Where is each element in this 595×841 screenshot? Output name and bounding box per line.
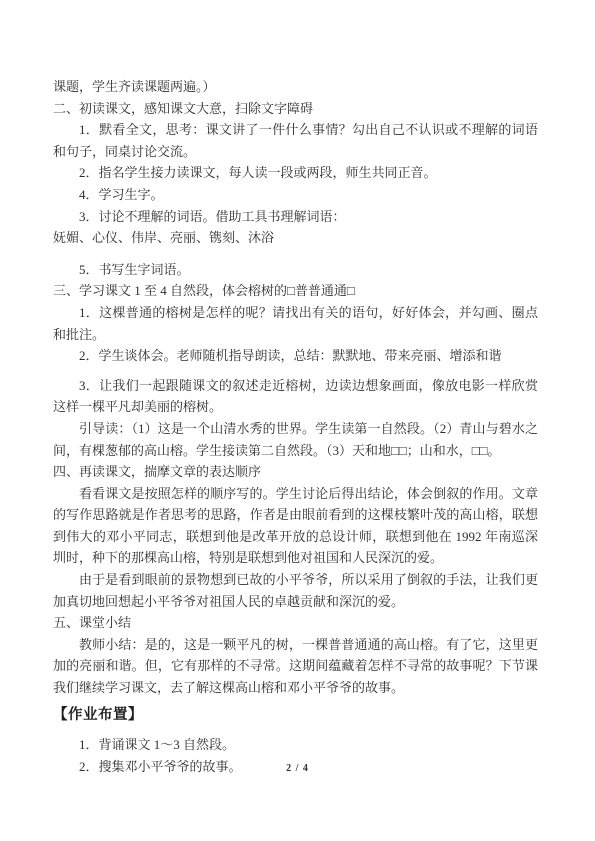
list-item: 1．默看全文，思考：课文讲了一件什么事情？勾出自己不认识或不理解的词语和句子，同… bbox=[53, 119, 538, 162]
section-heading-3: 三、学习课文 1 至 4 自然段，体会榕树的□普普通通□ bbox=[53, 280, 538, 302]
list-item: 1．背诵课文 1～3 自然段。 bbox=[53, 734, 538, 756]
section-heading-4: 四、再读课文，揣摩文章的表达顺序 bbox=[53, 461, 538, 483]
paragraph: 看看课文是按照怎样的顺序写的。学生讨论后得出结论，体会倒叙的作用。文章的写作思路… bbox=[53, 483, 538, 569]
list-item: 2．学生谈体会。老师随机指导朗读，总结：默默地、带来亮丽、增添和谐 bbox=[53, 345, 538, 367]
list-item: 5．书写生字词语。 bbox=[53, 259, 538, 281]
word-list: 妩媚、心仪、伟岸、亮丽、镌刻、沐浴 bbox=[53, 227, 538, 249]
page-number: 2 / 4 bbox=[0, 763, 595, 774]
section-heading-5: 五、课堂小结 bbox=[53, 612, 538, 634]
list-item: 2．指名学生接力读课文，每人读一段或两段，师生共同正音。 bbox=[53, 162, 538, 184]
paragraph: 引导读：（1）这是一个山清水秀的世界。学生读第一自然段。（2）青山与碧水之间，有… bbox=[53, 418, 538, 461]
section-heading-2: 二、初读课文，感知课文大意，扫除文字障碍 bbox=[53, 98, 538, 120]
paragraph: 课题，学生齐读课题两遍。） bbox=[53, 76, 538, 98]
list-item: 3．讨论不理解的词语。借助工具书理解词语： bbox=[53, 206, 538, 228]
document-body: 课题，学生齐读课题两遍。） 二、初读课文，感知课文大意，扫除文字障碍 1．默看全… bbox=[0, 0, 595, 777]
list-item: 3．让我们一起跟随课文的叙述走近榕树，边读边想象画面，像放电影一样欣赏这样一棵平… bbox=[53, 375, 538, 418]
document-page: 课题，学生齐读课题两遍。） 二、初读课文，感知课文大意，扫除文字障碍 1．默看全… bbox=[0, 0, 595, 841]
paragraph: 教师小结：是的，这是一颗平凡的树，一棵普普通通的高山榕。有了它，这里更加的亮丽和… bbox=[53, 634, 538, 699]
list-item: 1．这棵普通的榕树是怎样的呢？请找出有关的语句，好好体会，并勾画、圈点和批注。 bbox=[53, 302, 538, 345]
paragraph: 由于是看到眼前的景物想到已故的小平爷爷，所以采用了倒叙的手法，让我们更加真切地回… bbox=[53, 569, 538, 612]
homework-heading: 【作业布置】 bbox=[53, 705, 538, 727]
list-item: 4．学习生字。 bbox=[53, 184, 538, 206]
